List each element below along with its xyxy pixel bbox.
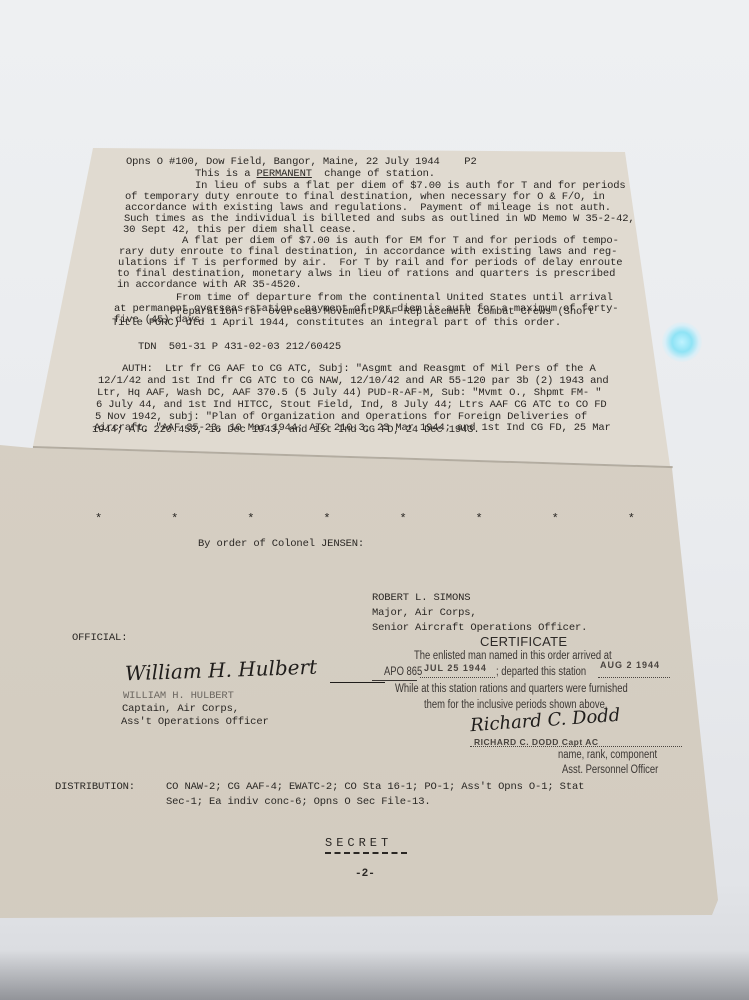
light-glare [662, 322, 702, 362]
permanent-prefix: This is a [195, 168, 257, 180]
official-name: WILLIAM H. HULBERT [123, 690, 234, 703]
para-enlisted-line: in accordance with AR 35-4520. [117, 279, 302, 292]
commander-rank: Major, Air Corps, [372, 607, 477, 620]
star: * [476, 512, 483, 526]
para-porc-line: Title PORC) dtd 1 April 1944, constitute… [112, 317, 561, 330]
rule [372, 680, 417, 681]
official-rank: Captain, Air Corps, [122, 703, 239, 716]
auth-line: 1944; ATC 220.453, 16 Dec 1943, and 1st … [92, 424, 480, 437]
permanent-emphasis: PERMANENT [257, 168, 312, 180]
official-title: Ass't Operations Officer [121, 716, 269, 729]
page-number: -2- [355, 868, 375, 880]
classification-underline [325, 852, 407, 854]
certificate-title: CERTIFICATE [480, 634, 567, 649]
shadow [0, 950, 749, 1000]
departed-field [598, 677, 670, 678]
classification-marking: SECRET [325, 836, 392, 850]
certificate-line3: While at this station rations and quarte… [395, 683, 628, 695]
star: * [247, 512, 254, 526]
distribution-line: CO NAW-2; CG AAF-4; EWATC-2; CO Sta 16-1… [166, 781, 584, 794]
permanent-suffix: change of station. [312, 168, 435, 180]
separator-stars: * * * * * * * * [95, 512, 635, 526]
star: * [323, 512, 330, 526]
official-label: OFFICIAL: [72, 632, 127, 645]
star: * [95, 512, 102, 526]
tdn-line: TDN 501-31 P 431-02-03 212/60425 [138, 341, 341, 354]
certificate-caption: name, rank, component [558, 749, 657, 761]
star: * [552, 512, 559, 526]
arrived-field [420, 677, 495, 678]
certificate-location: APO 865 [384, 666, 422, 678]
distribution-line: Sec-1; Ea indiv conc-6; Opns O Sec File-… [166, 796, 431, 809]
certificate-line1: The enlisted man named in this order arr… [414, 650, 612, 662]
departed-date-stamp: AUG 2 1944 [600, 660, 660, 670]
certificate-signer-title: Asst. Personnel Officer [562, 764, 658, 776]
arrived-date-stamp: JUL 25 1944 [424, 663, 487, 673]
departed-text: ; departed this station [496, 666, 586, 678]
signer-field [470, 746, 682, 747]
signature-line [330, 682, 385, 683]
star: * [171, 512, 178, 526]
star: * [399, 512, 406, 526]
by-order-line: By order of Colonel JENSEN: [198, 538, 364, 551]
star: * [628, 512, 635, 526]
commander-name: ROBERT L. SIMONS [372, 592, 470, 605]
distribution-label: DISTRIBUTION: [55, 781, 135, 794]
